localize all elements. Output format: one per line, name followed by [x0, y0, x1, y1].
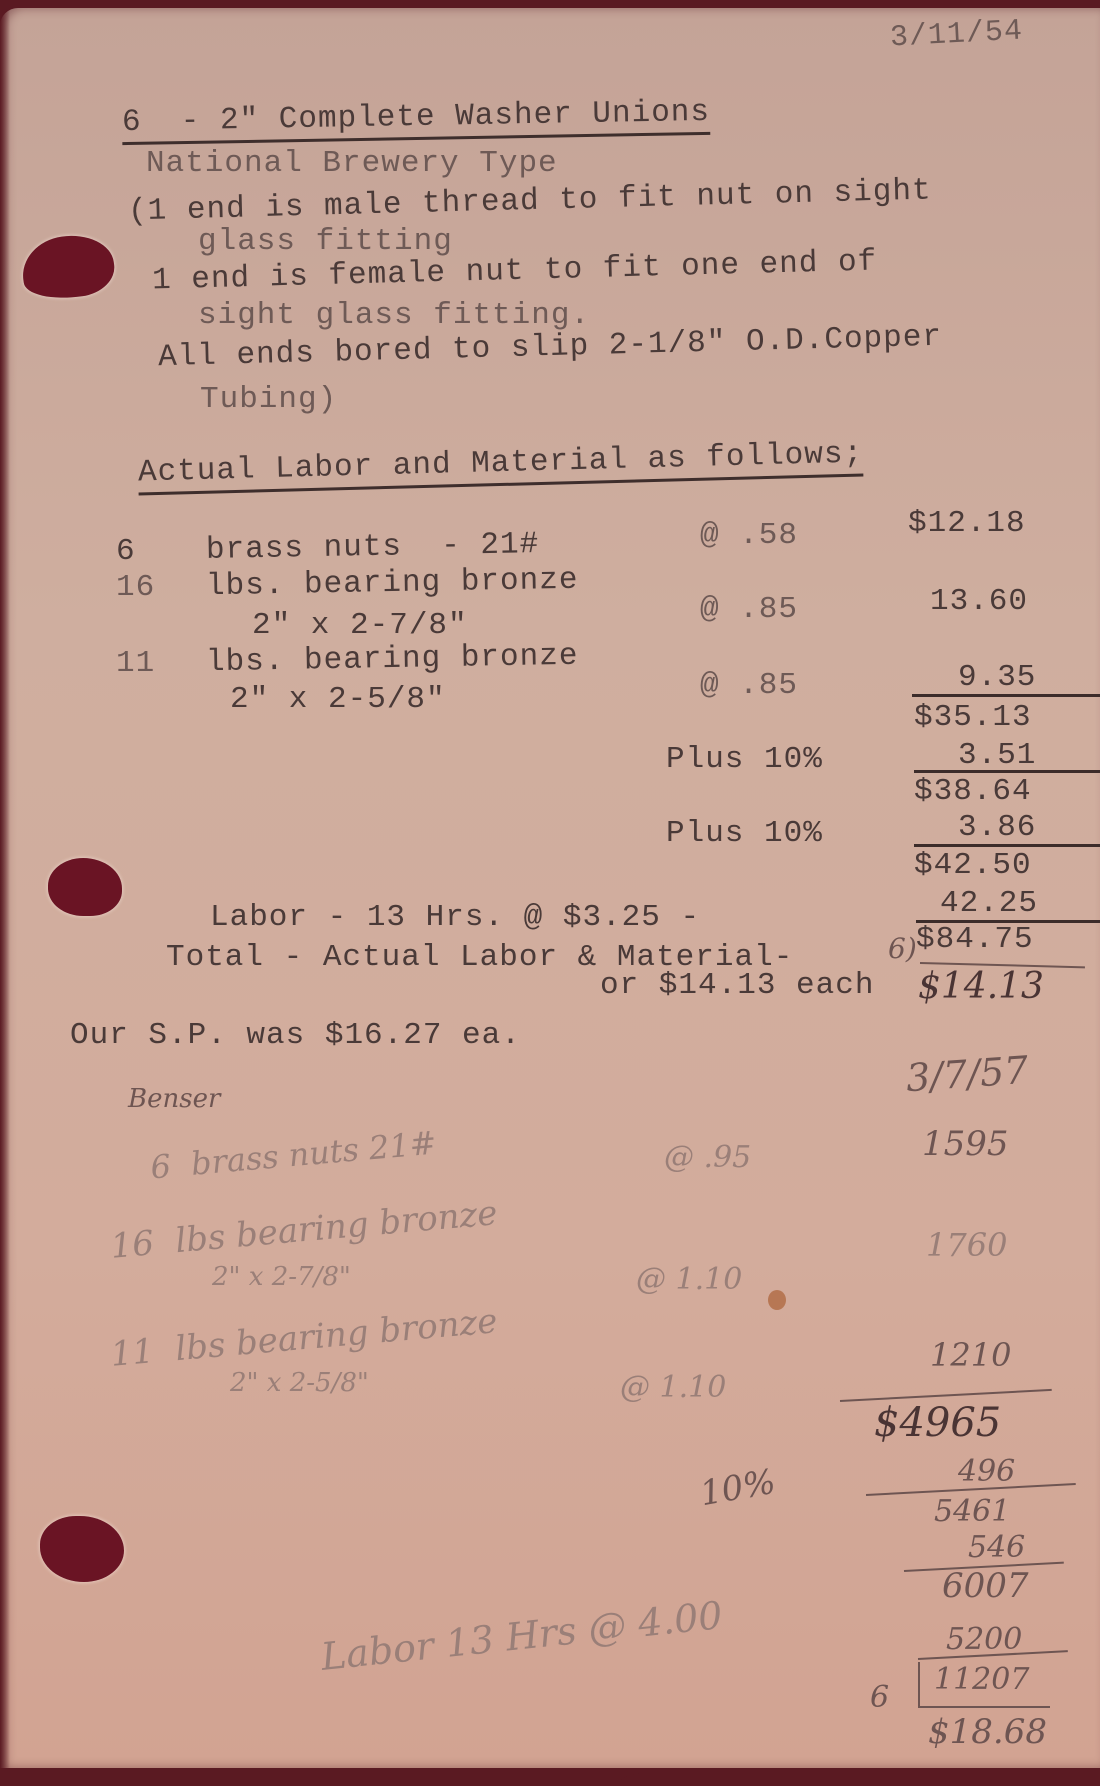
handwritten-subtotal: 6007	[942, 1566, 1029, 1606]
sum-rule	[914, 844, 1100, 847]
material-qty: 16	[116, 570, 155, 605]
handwritten-rate: @ .95	[664, 1140, 751, 1175]
handwritten-each: $14.13	[918, 966, 1044, 1007]
material-desc: brass nuts - 21#	[206, 527, 540, 568]
subtotal: $38.64	[914, 774, 1032, 809]
markup-amount: 3.86	[958, 810, 1036, 845]
labor-line: Labor - 13 Hrs. @ $3.25 -	[210, 900, 700, 935]
handwritten-labor-amount: 5200	[946, 1622, 1022, 1657]
stain-mark	[768, 1290, 786, 1310]
subtotal: $35.13	[914, 700, 1032, 735]
labor-amount: 42.25	[940, 886, 1038, 921]
handwritten-rate: @ 1.10	[636, 1262, 742, 1297]
handwritten-markup: 496	[958, 1454, 1015, 1489]
material-qty: 11	[116, 646, 155, 681]
handwritten-divisor: 6)	[888, 932, 917, 965]
markup-label: Plus 10%	[666, 742, 823, 777]
selling-price-note: Our S.P. was $16.27 ea.	[70, 1018, 521, 1053]
markup-label: Plus 10%	[666, 816, 823, 851]
markup-amount: 3.51	[958, 738, 1036, 773]
punch-hole	[48, 858, 122, 916]
per-unit-line: or $14.13 each	[600, 968, 874, 1003]
handwritten-markup: 546	[968, 1530, 1025, 1565]
description-line: Tubing)	[200, 382, 337, 417]
date-stamp: 3/11/54	[889, 15, 1024, 56]
handwritten-amount: 1210	[930, 1336, 1011, 1374]
handwritten-rate: @ 1.10	[620, 1370, 726, 1405]
handwritten-size: 2" x 2-5/8"	[230, 1368, 369, 1398]
handwritten-date: 3/7/57	[905, 1048, 1030, 1100]
handwritten-total: 11207	[934, 1662, 1029, 1697]
material-amount: 13.60	[930, 584, 1028, 619]
handwritten-each: $18.68	[928, 1712, 1047, 1752]
description-line: National Brewery Type	[146, 146, 558, 181]
description-line: glass fitting	[198, 224, 453, 259]
material-rate: @ .85	[700, 668, 798, 703]
handwritten-subtotal: $4965	[874, 1400, 1001, 1446]
sum-rule	[914, 770, 1100, 773]
material-desc: lbs. bearing bronze	[206, 639, 579, 680]
material-rate: @ .58	[700, 518, 798, 553]
material-rate: @ .85	[700, 592, 798, 627]
vendor-name: Benser	[128, 1084, 220, 1114]
material-amount: $12.18	[908, 506, 1026, 541]
description-line: sight glass fitting.	[198, 298, 590, 333]
material-size: 2" x 2-5/8"	[230, 682, 446, 717]
handwritten-amount: 1595	[922, 1124, 1009, 1164]
punch-hole	[40, 1516, 124, 1582]
total-amount: $84.75	[916, 922, 1034, 957]
material-qty: 6	[116, 534, 136, 569]
material-desc: lbs. bearing bronze	[206, 563, 579, 604]
handwritten-size: 2" x 2-7/8"	[212, 1262, 351, 1292]
material-amount: 9.35	[958, 660, 1036, 695]
background-edge	[620, 1772, 1100, 1786]
binder-edge	[0, 0, 10, 1786]
handwritten-amount: 1760	[926, 1226, 1007, 1264]
subtotal: $42.50	[914, 848, 1032, 883]
sum-rule	[912, 694, 1100, 697]
handwritten-divisor: 6	[870, 1680, 889, 1715]
handwritten-subtotal: 5461	[934, 1494, 1010, 1529]
material-size: 2" x 2-7/8"	[252, 608, 468, 643]
